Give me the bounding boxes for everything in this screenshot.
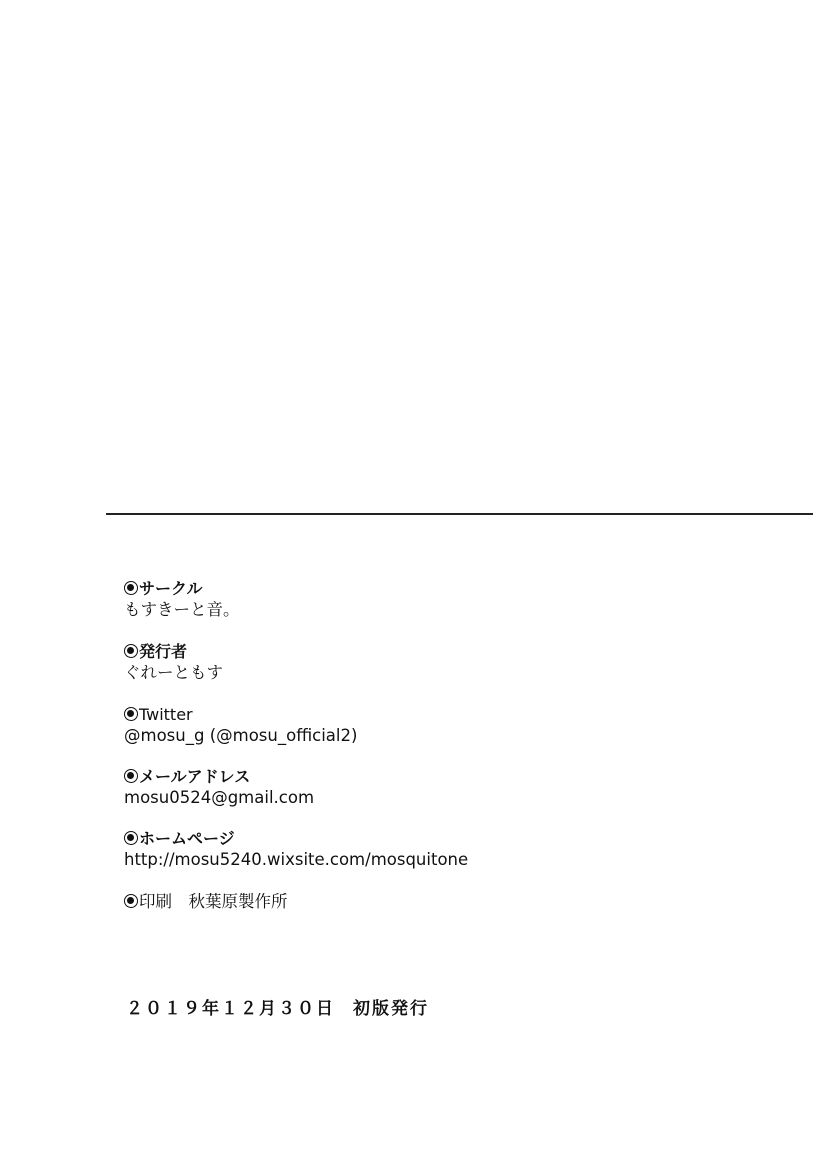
- section-label: サークル: [139, 579, 203, 598]
- section-circle: サークル もすきーと音。: [124, 579, 240, 620]
- section-email: メールアドレス mosu0524@gmail.com: [124, 767, 314, 808]
- email-address[interactable]: mosu0524@gmail.com: [124, 787, 314, 808]
- bullet-icon: [124, 707, 138, 721]
- bullet-icon: [124, 894, 138, 908]
- edition-label: 初版発行: [353, 999, 429, 1019]
- bullet-icon: [124, 644, 138, 658]
- section-homepage: ホームページ http://mosu5240.wixsite.com/mosqu…: [124, 829, 468, 870]
- bullet-icon: [124, 769, 138, 783]
- section-twitter: Twitter @mosu_g (@mosu_official2): [124, 705, 357, 746]
- section-label: ホームページ: [139, 829, 235, 848]
- section-label: Twitter: [139, 705, 193, 724]
- bullet-icon: [124, 581, 138, 595]
- section-value: もすきーと音。: [124, 599, 240, 620]
- publication-date: ２０１９年１２月３０日: [126, 999, 335, 1019]
- divider-rule: [106, 513, 813, 515]
- section-label: 発行者: [139, 642, 187, 661]
- bullet-icon: [124, 831, 138, 845]
- section-value: ぐれーともす: [124, 662, 223, 683]
- publication-info: ２０１９年１２月３０日初版発行: [126, 994, 429, 1019]
- section-printer: 印刷 秋葉原製作所: [124, 892, 288, 912]
- section-publisher: 発行者 ぐれーともす: [124, 642, 223, 683]
- section-label: 印刷 秋葉原製作所: [139, 892, 288, 911]
- homepage-url[interactable]: http://mosu5240.wixsite.com/mosquitone: [124, 849, 468, 870]
- twitter-handle[interactable]: @mosu_g (@mosu_official2): [124, 725, 357, 746]
- section-label: メールアドレス: [139, 767, 250, 786]
